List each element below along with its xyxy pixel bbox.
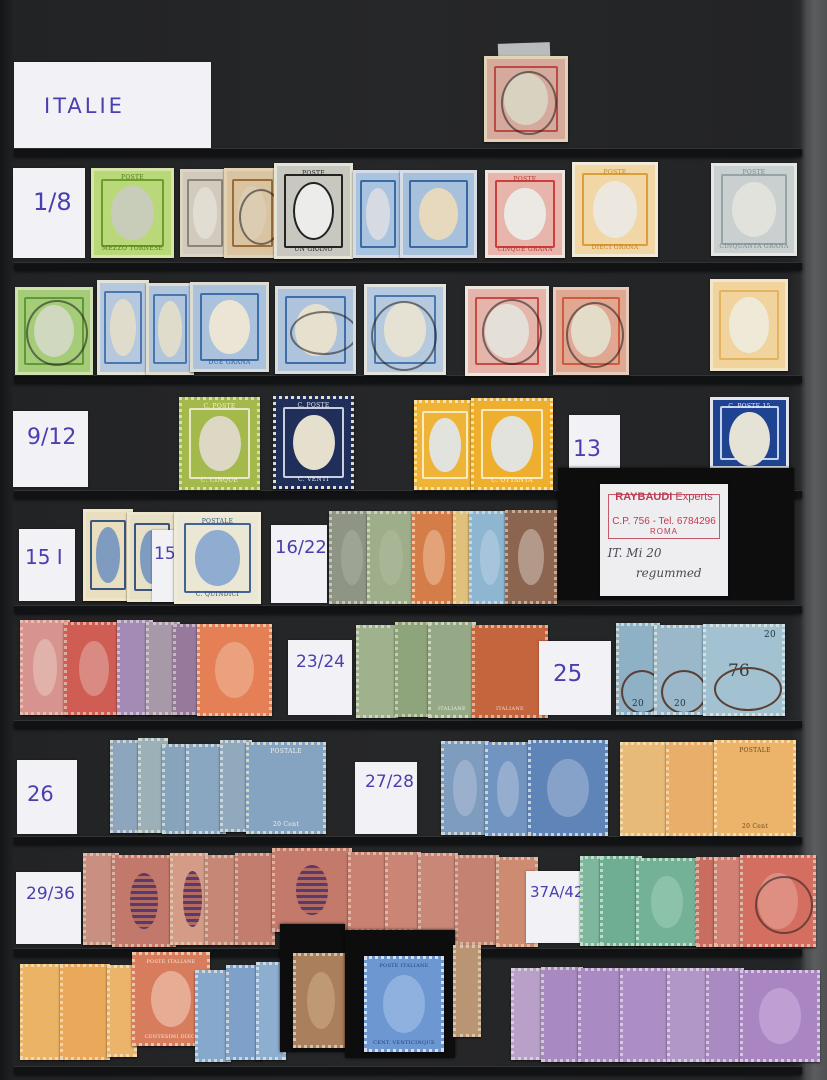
stamp-uno-green bbox=[356, 625, 398, 718]
stamp-twenty-on-fifteen-2: 20 bbox=[654, 625, 706, 715]
stamp-dieci-grana-unused bbox=[710, 279, 788, 371]
stamp-dieci-orange bbox=[412, 511, 456, 604]
stamp-quindici-litho bbox=[83, 509, 133, 601]
stamp-cinquanta-grana-grey: POSTE CINQUANTA GRANA bbox=[711, 163, 797, 256]
label-16-22: 16/22 bbox=[271, 525, 327, 603]
stamp-cinque-grana-red: POSTE CINQUE GRANA bbox=[485, 170, 565, 258]
stamp-quaranta-brown bbox=[505, 510, 557, 604]
stamp-due-grana-napoli-cancel bbox=[364, 284, 446, 375]
label-27-28: 27/28 bbox=[355, 762, 417, 834]
stamp-dieci-centesimi-blue-2 bbox=[485, 742, 531, 836]
stamp-c-ottanta-yellow-2: C. OTTANTA bbox=[471, 398, 553, 490]
stamp-cinque-grana-used-2 bbox=[553, 287, 629, 375]
stamp-umberto-venticinque-blue: POSTE ITALIANE CENT. VENTICINQUE bbox=[364, 956, 444, 1052]
label-text: ITALIE bbox=[44, 96, 125, 117]
stamp-c-poste-15-blue: C. POSTE 15 bbox=[710, 397, 789, 469]
label-25: 25 bbox=[539, 641, 611, 715]
stamp-mezzo-grano-grey bbox=[180, 169, 230, 257]
stamp-quindici-typo: POSTALE C. QUINDICI bbox=[174, 512, 261, 604]
label-text: 26 bbox=[27, 784, 54, 805]
stamp-cinque-grana-used bbox=[465, 286, 549, 376]
label-text: 1/8 bbox=[33, 190, 72, 214]
stamp-dieci-centesimi-blue bbox=[441, 741, 489, 835]
label-23-24: 23/24 bbox=[288, 640, 352, 715]
label-9-12: 9/12 bbox=[13, 411, 88, 487]
label-text: 15 bbox=[154, 546, 176, 563]
label-text: 29/36 bbox=[26, 886, 75, 903]
stamp-servizio-overprint-7 bbox=[348, 852, 388, 932]
certificate-note-regummed: regummed bbox=[636, 566, 702, 580]
stamp-un-grano-black: POSTE UN GRANO bbox=[274, 163, 353, 259]
expert-certificate: RAYBAUDI Experts ROMA C.P. 756 - Tel. 67… bbox=[600, 484, 728, 596]
label-29-36: 29/36 bbox=[16, 872, 81, 944]
stamp-due-grana-used-4 bbox=[275, 286, 356, 374]
stamp-dieci-centesimi-blue-3 bbox=[528, 740, 608, 836]
stamp-due-lire-orange bbox=[197, 624, 272, 716]
pocket-strip bbox=[14, 262, 802, 270]
stamp-fco-bollo-20-6: POSTALE 20 Cent bbox=[246, 742, 326, 834]
stamp-umberto-violet-2 bbox=[541, 967, 583, 1062]
stamp-twenty-cent-orange-3: POSTALE 20 Cent bbox=[714, 740, 796, 836]
label-text: 15 I bbox=[25, 547, 63, 567]
pocket-strip bbox=[14, 605, 802, 613]
stamp-servizio-overprint-2 bbox=[112, 855, 176, 947]
stamp-due-grana-used-2 bbox=[146, 283, 194, 375]
stamp-umberto-violet-7 bbox=[740, 970, 820, 1062]
stamp-umberto-violet-3 bbox=[578, 968, 624, 1062]
label-26: 26 bbox=[17, 760, 77, 834]
certificate-line2: ROMA bbox=[600, 527, 728, 536]
stamp-due-grana-used-3: DUE GRANA bbox=[190, 282, 269, 372]
stamp-umberto-violet-4 bbox=[620, 968, 672, 1062]
label-1-8: 1/8 bbox=[13, 168, 85, 258]
stamp-servizio-overprint-6 bbox=[272, 848, 352, 932]
stamp-due-grana-blue-2 bbox=[400, 170, 477, 258]
stamp-cinque-green-umberto-3 bbox=[636, 858, 698, 946]
label-text: 23/24 bbox=[296, 654, 345, 671]
stamp-servizio-overprint-5 bbox=[235, 853, 275, 945]
label-text: 16/22 bbox=[275, 539, 327, 557]
stamp-due-brown: ITALIANE bbox=[472, 625, 548, 718]
label-15-i: 15 I bbox=[19, 529, 75, 601]
stamp-umberto-violet-6 bbox=[706, 968, 744, 1062]
pocket-strip bbox=[14, 836, 802, 844]
stamp-dieci-grana-orange: POSTE DIECI GRANA bbox=[572, 162, 658, 257]
stamp-neapolitan-5-grana-cancelled bbox=[484, 56, 568, 142]
stockbook-page: ITALIE 1/8 POSTE MEZZO TORNESE POSTE UN … bbox=[0, 0, 827, 1080]
certificate-line1: RAYBAUDI Experts bbox=[600, 491, 728, 503]
certificate-line3: C.P. 756 - Tel. 6784296 bbox=[600, 516, 728, 527]
certificate-note-catalog: IT. Mi 20 bbox=[608, 546, 662, 560]
pocket-strip bbox=[14, 375, 802, 383]
stamp-mezzo-tornese-green: POSTE MEZZO TORNESE bbox=[91, 168, 174, 258]
stamp-servizio-overprint-9 bbox=[418, 853, 458, 937]
stamp-umberto-brown-partial bbox=[453, 945, 481, 1037]
stamp-twenty-cent-orange bbox=[620, 742, 670, 836]
stamp-twenty-cent-orange-2 bbox=[666, 742, 718, 836]
pocket-strip bbox=[14, 1066, 802, 1074]
stamp-servizio-overprint-4 bbox=[205, 855, 239, 945]
label-text: 25 bbox=[553, 663, 582, 686]
stamp-cinque-green bbox=[367, 511, 415, 604]
stamp-due-grana-blue bbox=[353, 170, 403, 258]
stamp-umberto-orange bbox=[20, 964, 64, 1060]
label-text: 13 bbox=[573, 439, 601, 461]
stamp-dieci-carmine-umberto-3 bbox=[740, 855, 816, 947]
stamp-c-venti-blue: C. POSTE C. VENTI bbox=[273, 396, 354, 489]
stamp-c-cinque-green: C. POSTE C. CINQUE bbox=[179, 397, 260, 490]
label-text: 27/28 bbox=[365, 774, 414, 791]
label-13: 13 bbox=[569, 415, 620, 469]
stamp-uno-green-3: ITALIANE bbox=[428, 622, 476, 718]
stamp-umberto-brown-unused bbox=[293, 953, 349, 1048]
stamp-servizio-overprint-10 bbox=[455, 855, 499, 945]
pocket-strip bbox=[14, 148, 802, 156]
stamp-umberto-violet-5 bbox=[667, 968, 711, 1062]
stamp-servizio-overprint-8 bbox=[385, 852, 421, 932]
label-italie: ITALIE bbox=[14, 62, 211, 148]
stamp-mezzo-tornese-used bbox=[15, 287, 93, 375]
stamp-umberto-orange-2 bbox=[60, 964, 110, 1060]
stamp-mezzo-grano-brown bbox=[224, 168, 280, 258]
stamp-twenty-on-fifteen-76: 76 20 bbox=[703, 624, 785, 716]
label-37a-42a: 37A/42A bbox=[526, 871, 588, 943]
stamp-c-ottanta-yellow bbox=[414, 400, 476, 490]
stamp-quaranta-carmine-2 bbox=[64, 622, 124, 715]
stamp-servizio-overprint-3 bbox=[170, 853, 208, 945]
stamp-quaranta-carmine bbox=[20, 620, 70, 715]
stamp-due-grana-used bbox=[97, 280, 149, 375]
label-text: 9/12 bbox=[27, 427, 76, 449]
pocket-strip bbox=[14, 720, 802, 728]
label-15: 15 bbox=[152, 530, 176, 602]
